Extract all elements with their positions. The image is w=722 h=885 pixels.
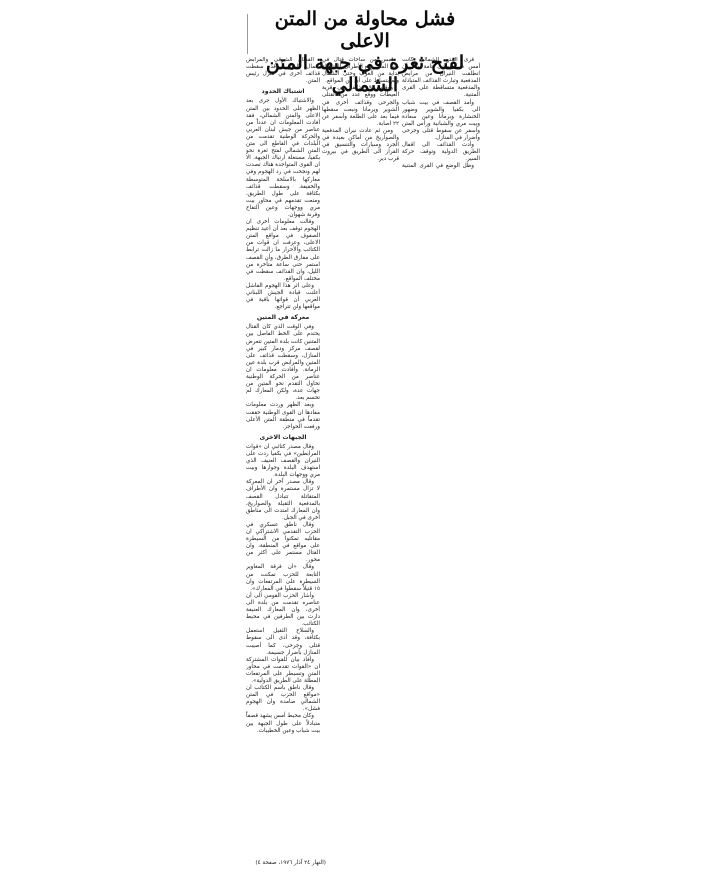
paragraph: وقال ناطق باسم الكتائب ان «مواقع الحزب ف…	[246, 685, 320, 713]
headline-line-1: فشل محاولة من المتن الاعلى	[248, 8, 482, 52]
paragraph: وظل الوضع في القرى المتنية متوتراً حتى س…	[402, 163, 480, 169]
paragraph: وأفاد بيان للقوات المشتركة ان «القوات تق…	[246, 657, 320, 685]
subheading: الجبهات الاخرى	[246, 434, 320, 441]
subheading: اشتباك الحدود	[246, 88, 320, 95]
paragraph: والاشتباك الأول جرى بعد الظهر على الحدود…	[246, 98, 320, 219]
source-citation: (النهار ٢٤ آذار ١٩٧٦، صفحة ٤)	[236, 860, 326, 866]
paragraph: وأمد القصف في بيت شباب الى بكفيا والشوير…	[402, 100, 480, 143]
newspaper-clipping: فشل محاولة من المتن الاعلى لفتح ثغرة في …	[0, 0, 722, 885]
paragraph: وقال مصدر آخر ان المعركة لا تزال مستمرة …	[246, 479, 320, 522]
paragraph: وكان محيط أمس يشهد قصفاً متبادلاً على طو…	[246, 713, 320, 734]
article-column-left: القطاع الشرقي والمرابض شمال المتن، وقد س…	[246, 57, 320, 847]
paragraph: قرى المتن الشمالي كانت أمس في فوضى تامة …	[402, 57, 480, 100]
paragraph: وأشار الحزب القومي الى أن عناصره تقدمت م…	[246, 593, 320, 628]
paragraph: وقال مصدر كتائبي ان «قوات المرابطين» في …	[246, 444, 320, 479]
paragraph: أمس من ساحات قتال في متن المتن ومع الأطر…	[322, 57, 399, 85]
subheading: معركة في المتين	[246, 314, 320, 321]
paragraph: وقال «ان فرقة المغاوير التابعة للحزب تمك…	[246, 564, 320, 592]
paragraph: وقال ناطق عسكري في الحزب التقدمي الاشترا…	[246, 522, 320, 565]
paragraph: ومن ثم عادت نيران المدفعية والصواريخ من …	[322, 128, 399, 163]
paragraph: ووقعت ٩ قذائف في قرية العيطات ووقع عدد م…	[322, 85, 399, 128]
paragraph: وفي الوقت الذي كان القتال يحتدم على الخط…	[246, 324, 320, 402]
paragraph: وأدت القذائف الى اقفال الطريق الدولية وت…	[402, 142, 480, 163]
paragraph: القطاع الشرقي والمرابض شمال المتن، وقد س…	[246, 57, 320, 85]
paragraph: والسلاح الثقيل استعمل بكثافة، وقد أدى ال…	[246, 628, 320, 656]
article-column-right: قرى المتن الشمالي كانت أمس في فوضى تامة …	[402, 57, 480, 169]
paragraph: وقالت معلومات أخرى ان الهجوم توقف بعد أن…	[246, 219, 320, 283]
paragraph: وعلى اثر هذا الهجوم الفاشل أعلنت قيادة ا…	[246, 283, 320, 311]
article-column-middle: أمس من ساحات قتال في متن المتن ومع الأطر…	[322, 57, 399, 169]
paragraph: وبعد الظهر وردت معلومات مفادها ان القوى …	[246, 402, 320, 430]
